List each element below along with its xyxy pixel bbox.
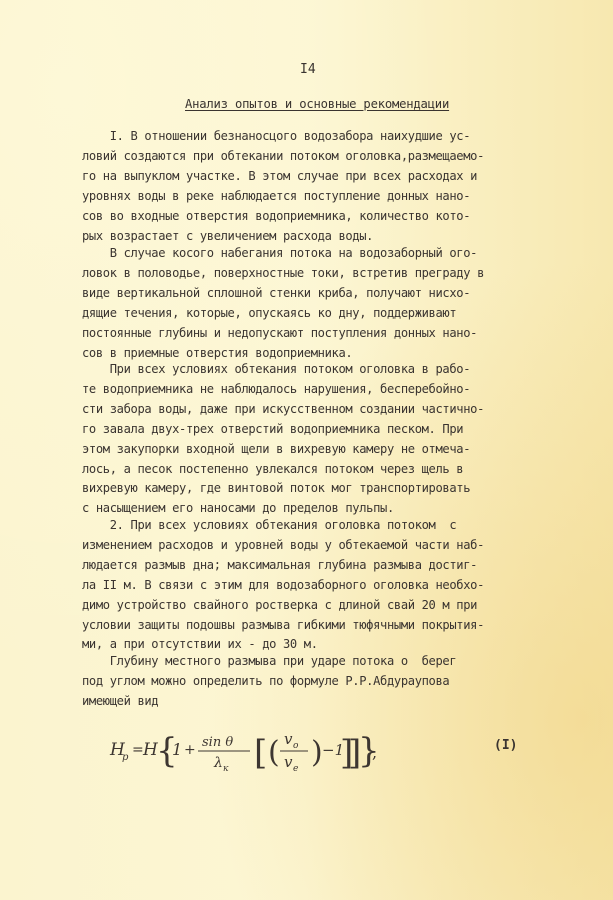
paragraph-2: В случае косого набегания потока на водо… (82, 244, 484, 363)
text-line: условии защиты подошвы размыва гибкими т… (82, 616, 484, 636)
text-line: Глубину местного размыва при ударе поток… (82, 652, 456, 672)
text-line: имеющей вид (82, 692, 456, 712)
formula-abduraupov: H p = H { 1 + sin θ λ к [ ( v o v e (110, 722, 530, 782)
paragraph-1: I. В отношении безнаносцого водозабора н… (82, 127, 484, 246)
paragraph-3: При всех условиях обтекания потоком огол… (82, 360, 484, 519)
paragraph-5: Глубину местного размыва при ударе поток… (82, 652, 456, 712)
text-line: сов во входные отверстия водоприемника, … (82, 207, 484, 227)
document-page: I4 Анализ опытов и основные рекомендации… (0, 0, 613, 900)
formula-den-sub: к (223, 764, 229, 774)
page-number: I4 (300, 62, 316, 77)
paragraph-4: 2. При всех условиях обтекания оголовка … (82, 516, 484, 655)
section-title: Анализ опытов и основные рекомендации (185, 97, 449, 111)
formula-v-den: v (284, 753, 293, 771)
text-line: При всех условиях обтекания потоком огол… (82, 360, 484, 380)
text-line: 2. При всех условиях обтекания оголовка … (82, 516, 484, 536)
formula-v-num: v (284, 730, 293, 748)
formula-lhs-sub: p (122, 752, 129, 763)
text-line: изменением расходов и уровней воды у обт… (82, 536, 484, 556)
text-line: те водоприемника не наблюдалось нарушени… (82, 380, 484, 400)
formula-v-den-sub: e (293, 764, 298, 774)
formula-comma: , (372, 743, 377, 762)
svg-text:): ) (311, 735, 323, 770)
text-line: ла II м. В связи с этим для водозаборног… (82, 576, 484, 596)
text-line: людается размыв дна; максимальная глубин… (82, 556, 484, 576)
svg-text:[: [ (254, 733, 267, 773)
text-line: В случае косого набегания потока на водо… (82, 244, 484, 264)
text-line: постоянные глубины и недопускают поступл… (82, 324, 484, 344)
text-line: димо устройство свайного ростверка с дли… (82, 596, 484, 616)
text-line: уровнях воды в реке наблюдается поступле… (82, 187, 484, 207)
formula-eq: = (132, 742, 144, 758)
text-line: го на выпуклом участке. В этом случае пр… (82, 167, 484, 187)
text-line: дящие течения, которые, опускаясь ко дну… (82, 304, 484, 324)
equation-number: (I) (494, 738, 517, 753)
formula-one: 1 (172, 740, 182, 759)
formula-plus: + (184, 742, 196, 758)
text-line: ловок в половодье, поверхностные токи, в… (82, 264, 484, 284)
text-line: под углом можно определить по формуле Р.… (82, 672, 456, 692)
text-line: ловий создаются при обтекании потоком ог… (82, 147, 484, 167)
text-line: лось, а песок постепенно увлекался поток… (82, 460, 484, 480)
svg-text:(: ( (268, 735, 280, 770)
text-line: этом закупорки входной щели в вихревую к… (82, 440, 484, 460)
text-line: виде вертикальной сплошной стенки криба,… (82, 284, 484, 304)
text-line: вихревую камеру, где винтовой поток мог … (82, 479, 484, 499)
formula-v-num-sub: o (293, 741, 299, 751)
text-line: I. В отношении безнаносцого водозабора н… (82, 127, 484, 147)
formula-num: sin θ (202, 735, 233, 750)
text-line: го завала двух-трех отверстий водоприемн… (82, 420, 484, 440)
formula-graphic: H p = H { 1 + sin θ λ к [ ( v o v e (110, 722, 530, 782)
formula-den: λ (213, 755, 223, 771)
text-line: сти забора воды, даже при искусственном … (82, 400, 484, 420)
